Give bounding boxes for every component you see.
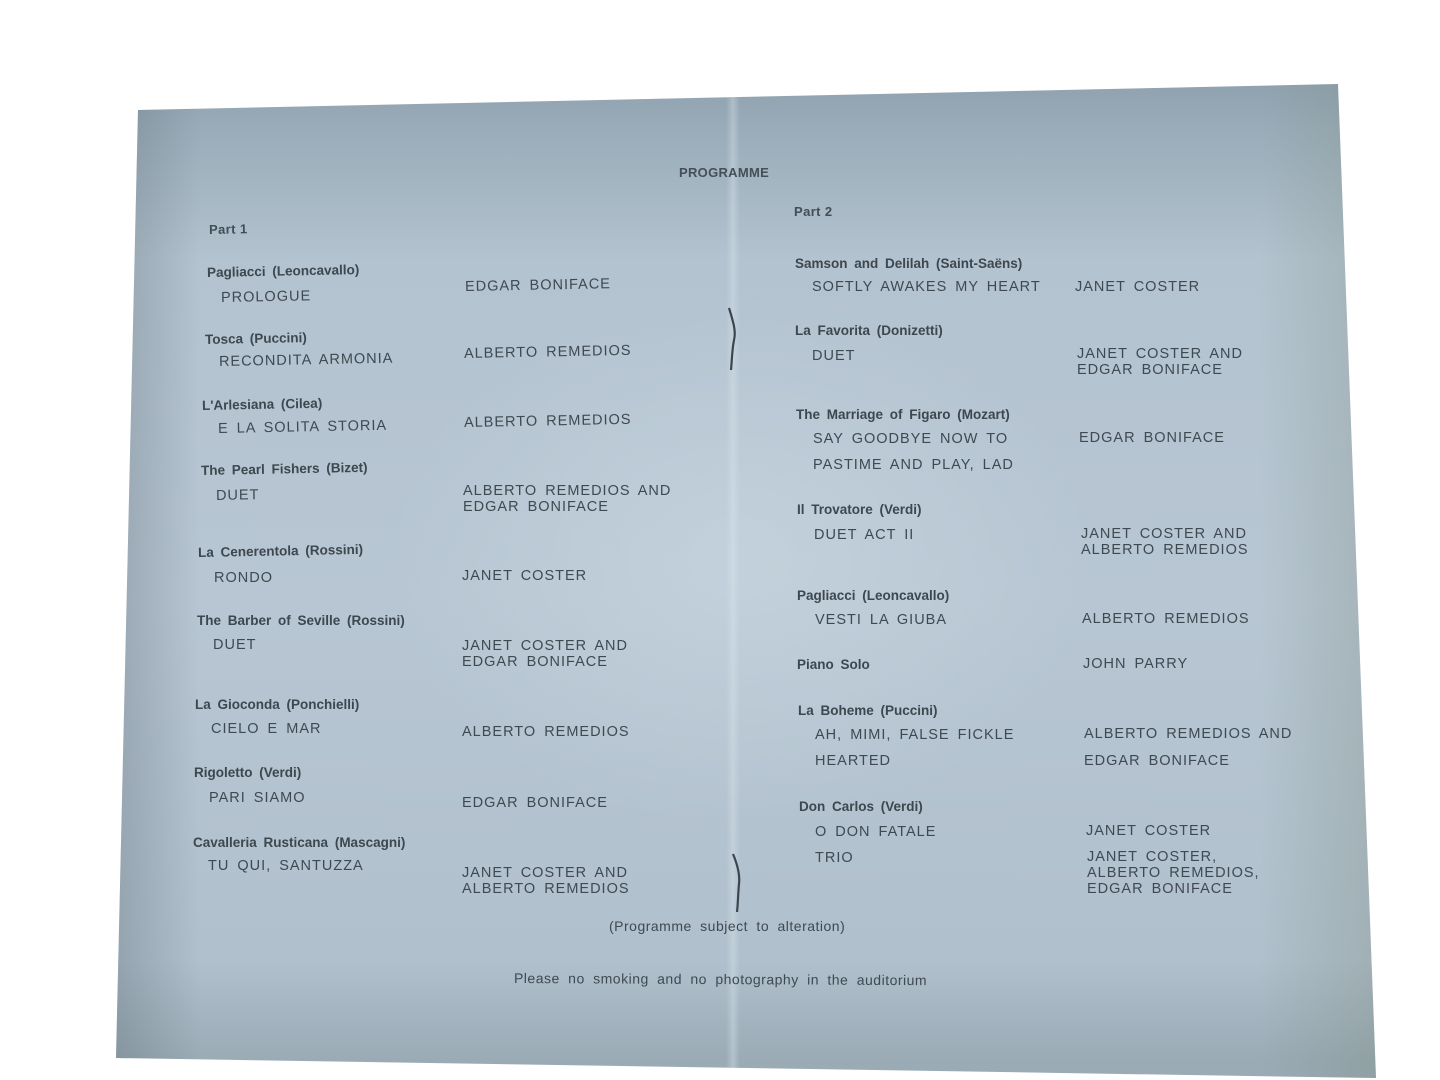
- performers: JANET COSTER: [1086, 823, 1211, 839]
- work-title: Rigoletto (Verdi): [194, 765, 301, 780]
- work-title: Il Trovatore (Verdi): [797, 502, 922, 517]
- performers: EDGAR BONIFACE: [462, 795, 608, 811]
- performers: JANET COSTER: [462, 568, 587, 584]
- work-title: La Favorita (Donizetti): [795, 323, 943, 338]
- aria-title: TU QUI, SANTUZZA: [208, 858, 364, 874]
- performers-second: JANET COSTER, ALBERTO REMEDIOS, EDGAR BO…: [1087, 849, 1260, 897]
- aria-title: O DON FATALE: [815, 824, 936, 840]
- performers: ALBERTO REMEDIOS AND: [1084, 726, 1292, 742]
- aria-title: DUET ACT II: [814, 527, 914, 543]
- programme-title: PROGRAMME: [679, 165, 769, 180]
- auditorium-notice: Please no smoking and no photography in …: [514, 970, 927, 988]
- work-title: Samson and Delilah (Saint-Saëns): [795, 256, 1022, 271]
- work-title: Cavalleria Rusticana (Mascagni): [193, 835, 405, 850]
- work-title: The Marriage of Figaro (Mozart): [796, 407, 1010, 422]
- aria-title: DUET: [213, 637, 256, 653]
- aria-title: PARI SIAMO: [209, 790, 306, 806]
- performers: ALBERTO REMEDIOS: [464, 343, 632, 362]
- work-title: Piano Solo: [797, 657, 870, 672]
- aria-title-continued: PASTIME AND PLAY, LAD: [813, 457, 1014, 473]
- performers: JANET COSTER AND ALBERTO REMEDIOS: [1081, 526, 1249, 558]
- performers: EDGAR BONIFACE: [1079, 430, 1225, 446]
- aria-title: RECONDITA ARMONIA: [219, 351, 394, 370]
- performers: EDGAR BONIFACE: [465, 276, 611, 295]
- aria-title-second: TRIO: [815, 850, 854, 866]
- performers: ALBERTO REMEDIOS: [1082, 611, 1250, 627]
- part1-heading: Part 1: [209, 221, 248, 237]
- work-title: The Barber of Seville (Rossini): [197, 613, 405, 628]
- performers: JOHN PARRY: [1083, 656, 1188, 672]
- page-brace-mark-bottom: [730, 852, 744, 914]
- work-title: Don Carlos (Verdi): [799, 799, 923, 814]
- aria-title: SAY GOODBYE NOW TO: [813, 431, 1008, 447]
- aria-title: AH, MIMI, FALSE FICKLE: [815, 727, 1014, 743]
- work-title: L'Arlesiana (Cilea): [202, 396, 323, 413]
- performers: ALBERTO REMEDIOS: [464, 412, 632, 431]
- aria-title: RONDO: [214, 570, 273, 586]
- aria-title: DUET: [812, 348, 855, 364]
- work-title: Pagliacci (Leoncavallo): [797, 588, 949, 603]
- page-brace-mark-top: [726, 306, 740, 372]
- work-title: La Boheme (Puccini): [798, 703, 938, 718]
- performers: JANET COSTER AND EDGAR BONIFACE: [462, 638, 628, 670]
- work-title: Pagliacci (Leoncavallo): [207, 262, 360, 280]
- aria-title: CIELO E MAR: [211, 721, 321, 737]
- work-title: Tosca (Puccini): [205, 330, 307, 347]
- work-title: La Cenerentola (Rossini): [198, 542, 363, 560]
- performers: JANET COSTER AND EDGAR BONIFACE: [1077, 346, 1243, 378]
- performers: JANET COSTER: [1075, 279, 1200, 295]
- performers: ALBERTO REMEDIOS: [462, 724, 630, 740]
- aria-title: E LA SOLITA STORIA: [218, 418, 387, 437]
- work-title: La Gioconda (Ponchielli): [195, 697, 359, 712]
- aria-title-continued: HEARTED: [815, 753, 891, 769]
- aria-title: DUET: [216, 487, 260, 504]
- performers: ALBERTO REMEDIOS AND EDGAR BONIFACE: [463, 483, 671, 515]
- part2-heading: Part 2: [794, 204, 833, 219]
- aria-title: SOFTLY AWAKES MY HEART: [812, 279, 1041, 295]
- performers-continued: EDGAR BONIFACE: [1084, 753, 1230, 769]
- aria-title: PROLOGUE: [221, 288, 311, 306]
- programme-alteration-note: (Programme subject to alteration): [609, 918, 845, 934]
- aria-title: VESTI LA GIUBA: [815, 612, 947, 628]
- performers: JANET COSTER AND ALBERTO REMEDIOS: [462, 865, 630, 897]
- work-title: The Pearl Fishers (Bizet): [201, 460, 368, 478]
